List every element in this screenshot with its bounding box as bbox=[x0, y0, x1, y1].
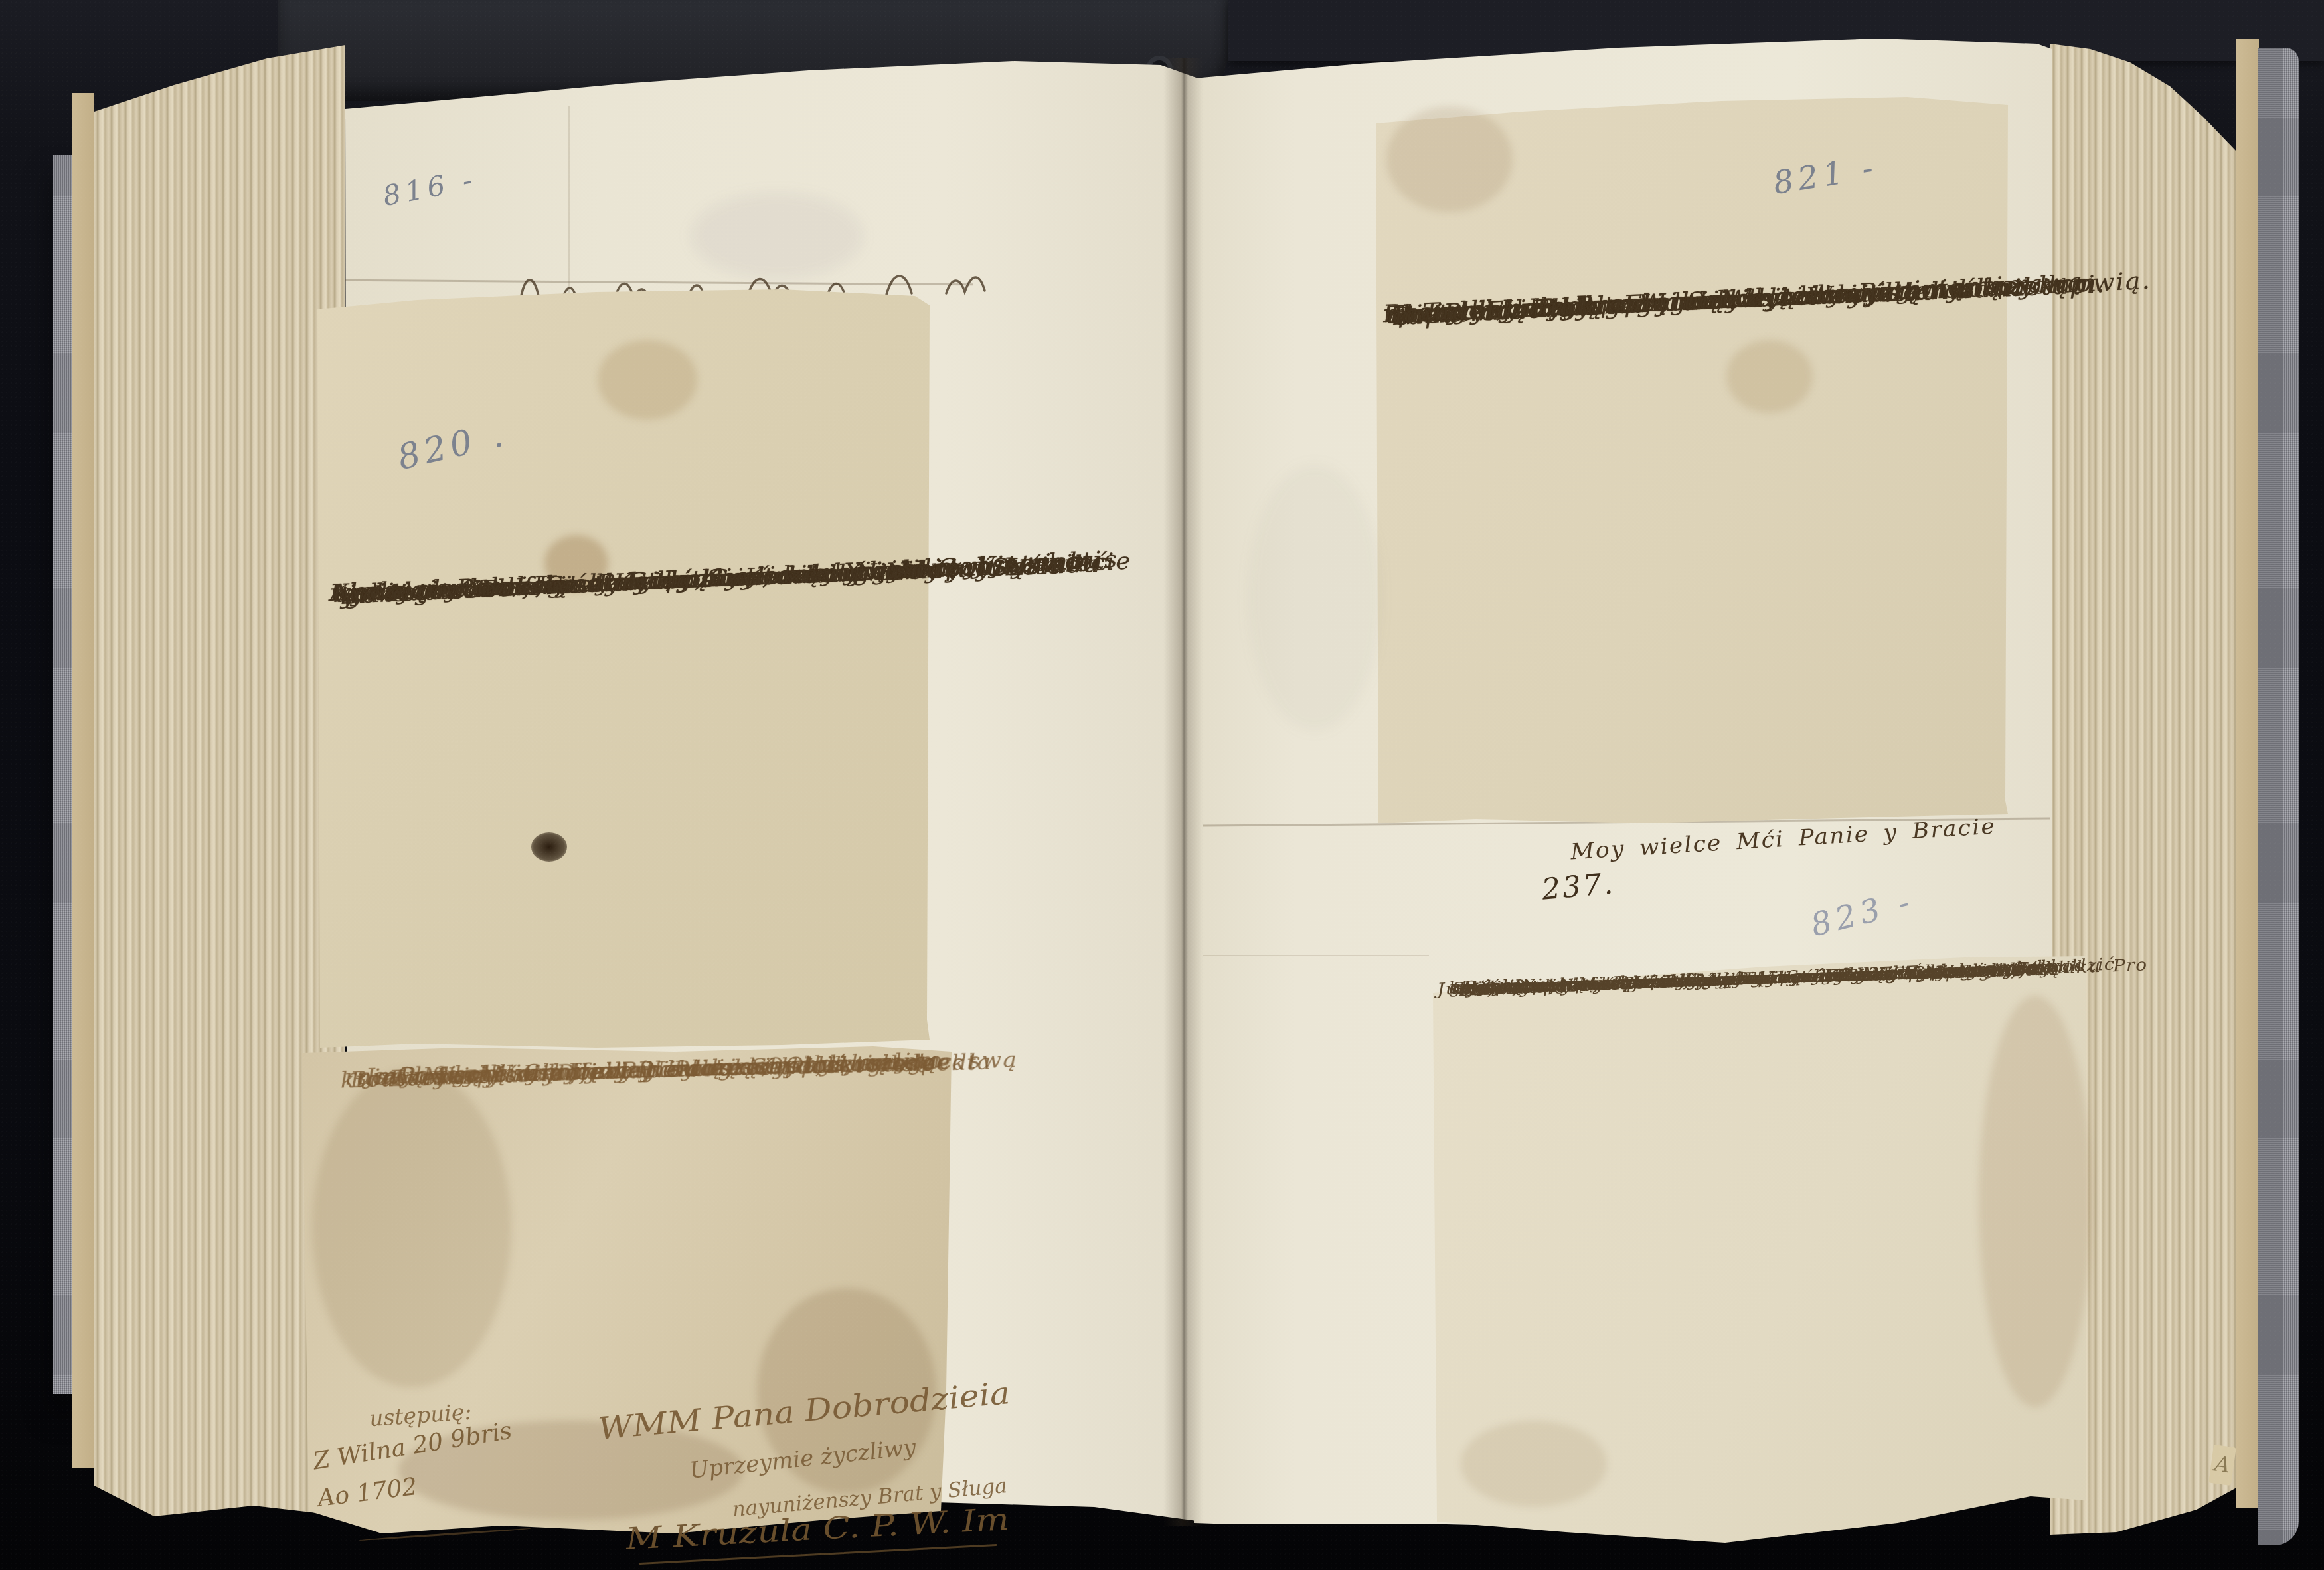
archival-photo: A 816 - 820 . miał in conflictu Krola Sz… bbox=[0, 0, 2324, 1570]
stain bbox=[1979, 996, 2092, 1407]
stain bbox=[598, 340, 697, 420]
book-cover-board-left bbox=[72, 93, 94, 1468]
stain bbox=[312, 1069, 511, 1387]
stain bbox=[1461, 1421, 1607, 1507]
page-smudge bbox=[691, 193, 863, 279]
ink-blot bbox=[531, 832, 567, 862]
stain bbox=[1726, 340, 1813, 413]
stain bbox=[1386, 106, 1513, 212]
ink-number-237: 237. bbox=[1540, 866, 1616, 906]
book-cover-fabric-left bbox=[53, 155, 72, 1394]
book-cover-board-right bbox=[2236, 39, 2259, 1508]
page-smudge bbox=[1248, 465, 1381, 730]
book-gutter bbox=[1163, 58, 1203, 1526]
book-cover-fabric-right bbox=[2258, 48, 2299, 1545]
mounting-seam bbox=[1203, 955, 1429, 956]
